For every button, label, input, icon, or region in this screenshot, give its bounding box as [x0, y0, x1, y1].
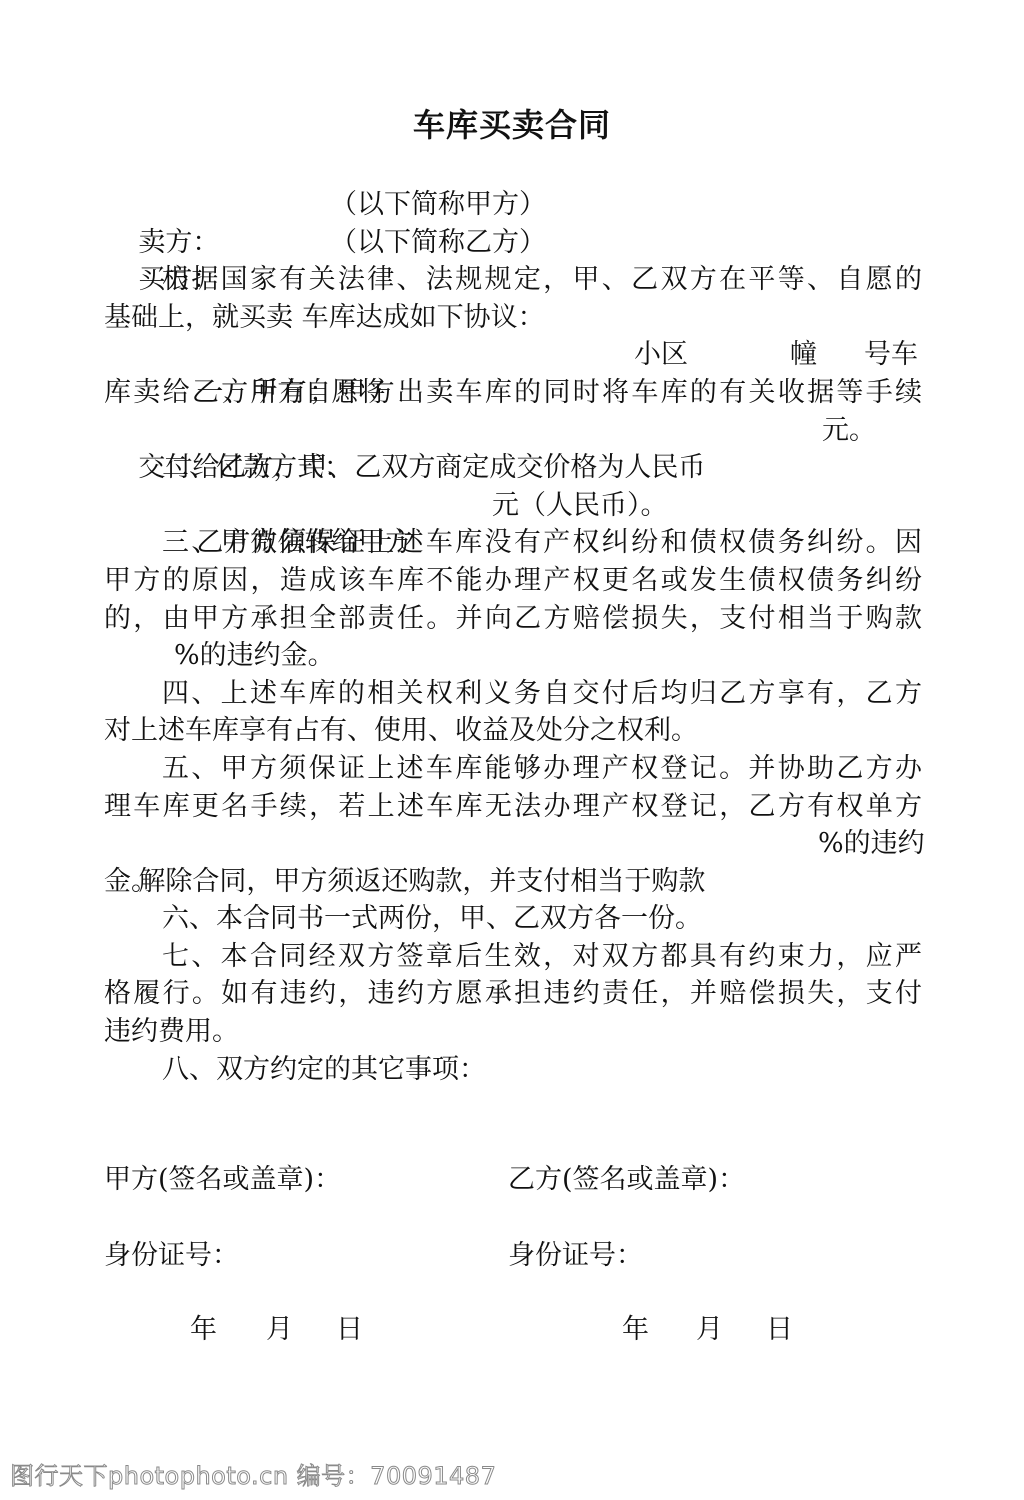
clause-1-community: 小区	[634, 336, 688, 374]
seller-note: （以下简称甲方）	[330, 186, 546, 224]
clause-1-line-1: 一、甲方自愿将 小区 幢 号车	[104, 336, 922, 374]
party-b-day: 日	[766, 1310, 793, 1350]
clause-5-line-3: 解除合同，甲方须返还购款，并支付相当于购款 %的违约	[104, 825, 922, 863]
clause-4-line-1: 四、上述车库的相关权利义务自交付后均归乙方享有，乙方	[104, 675, 922, 713]
clause-2-heading: 二、付款方式：	[104, 449, 922, 487]
clause-7-line-3: 违约费用。	[104, 1013, 922, 1051]
clause-5-penalty: %的违约	[818, 825, 925, 863]
clause-3-line-2: 甲方的原因，造成该车库不能办理产权更名或发生债权债务纠纷	[104, 562, 922, 600]
clause-2-line: 乙方微信转给甲方 元（人民币）。	[104, 487, 922, 525]
clause-7-line-1: 七、本合同经双方签章后生效，对双方都具有约束力，应严	[104, 938, 922, 976]
party-a-signature-label: 甲方(签名或盖章)：	[104, 1160, 341, 1200]
clause-5-line-2: 理车库更名手续，若上述车库无法办理产权登记，乙方有权单方	[104, 788, 922, 826]
party-b-month: 月	[696, 1310, 723, 1350]
party-a-year: 年	[190, 1310, 217, 1350]
preamble-line-2: 基础上，就买卖 车库达成如下协议：	[104, 299, 922, 337]
party-a-day: 日	[336, 1310, 363, 1350]
clause-1-building: 幢	[790, 336, 817, 374]
clause-3-line-4: %的违约金。	[104, 637, 922, 675]
clause-3-line-3: 的，由甲方承担全部责任。并向乙方赔偿损失，支付相当于购款	[104, 600, 922, 638]
clause-7-line-2: 格履行。如有违约，违约方愿承担违约责任，并赔偿损失，支付	[104, 975, 922, 1013]
clause-2-unit: 元（人民币）。	[492, 487, 668, 525]
clause-1-line-2: 库卖给乙方所有；甲方出卖车库的同时将车库的有关收据等手续	[104, 374, 922, 412]
watermark: 图行天下photophoto.cn 编号：70091487	[10, 1456, 496, 1491]
party-b-id-label: 身份证号：	[508, 1236, 643, 1276]
buyer-line: 买方： （以下简称乙方）	[104, 224, 922, 262]
seller-line: 卖方： （以下简称甲方）	[104, 186, 922, 224]
clause-5-line-4: 金。	[104, 863, 922, 901]
clause-4-line-2: 对上述车库享有占有、使用、收益及处分之权利。	[104, 712, 922, 750]
buyer-note: （以下简称乙方）	[330, 224, 546, 262]
contract-body: 卖方： （以下简称甲方） 买方： （以下简称乙方） 根据国家有关法律、法规规定，…	[104, 186, 922, 1088]
clause-6: 六、本合同书一式两份，甲、乙双方各一份。	[104, 900, 922, 938]
party-b-signature-label: 乙方(签名或盖章)：	[508, 1160, 745, 1200]
clause-1-line-3: 交付给乙方，甲、乙双方商定成交价格为人民币 元。	[104, 412, 922, 450]
party-a-id-label: 身份证号：	[104, 1236, 239, 1276]
party-b-year: 年	[622, 1310, 649, 1350]
document-title: 车库买卖合同	[0, 100, 1024, 150]
clause-8: 八、双方约定的其它事项：	[104, 1051, 922, 1089]
clause-1-price-unit: 元。	[822, 412, 876, 450]
clause-5-line-1: 五、甲方须保证上述车库能够办理产权登记。并协助乙方办	[104, 750, 922, 788]
preamble-line-1: 根据国家有关法律、法规规定，甲、乙双方在平等、自愿的	[104, 261, 922, 299]
clause-1-number: 号车	[864, 336, 918, 374]
clause-3-line-1: 三、甲方须保证上述车库没有产权纠纷和债权债务纠纷。因	[104, 524, 922, 562]
party-a-month: 月	[266, 1310, 293, 1350]
